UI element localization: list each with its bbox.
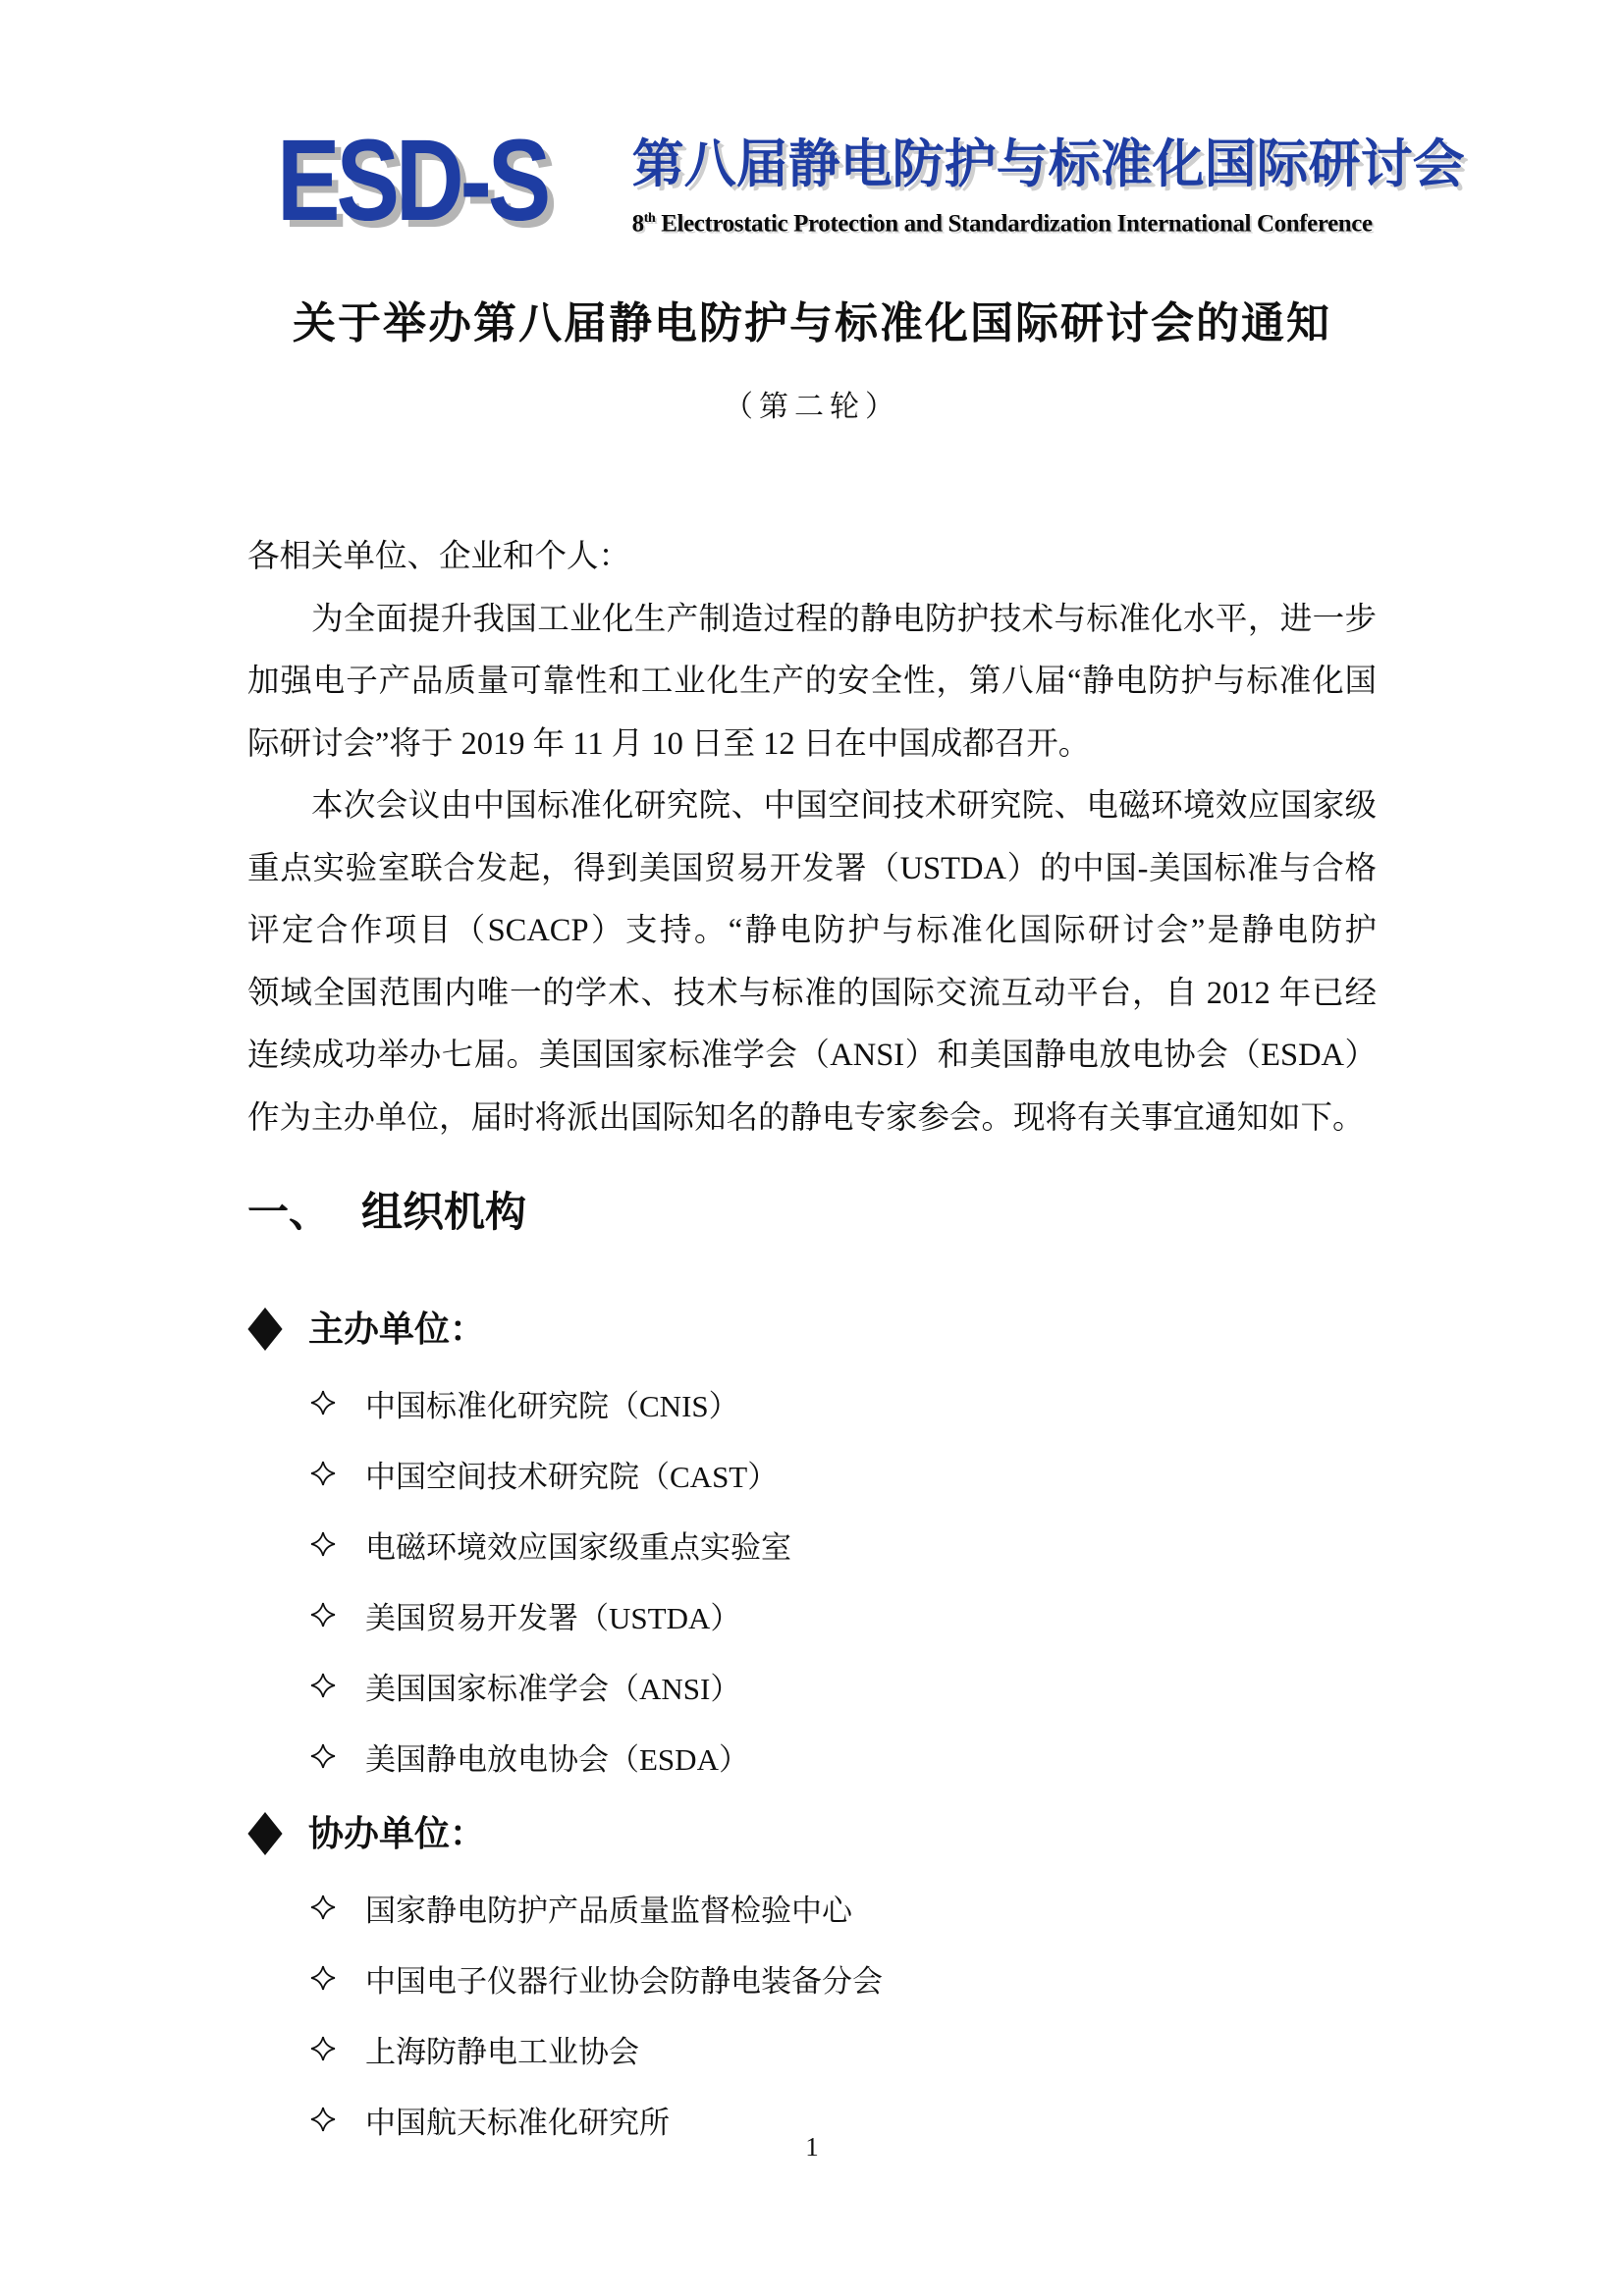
- four-pointed-star-icon: [310, 1531, 336, 1557]
- section-heading-organization: 一、 组织机构: [247, 1189, 1377, 1236]
- co-organizers-list: 国家静电防护产品质量监督检验中心 中国电子仪器行业协会防静电装备分会 上海防静电…: [247, 1872, 1377, 2155]
- body-line: 重点实验室联合发起，得到美国贸易开发署（USTDA）的中国-美国标准与合格: [247, 838, 1377, 901]
- co-organizers-heading-label: 协办单位：: [308, 1811, 485, 1856]
- notice-title: 关于举办第八届静电防护与标准化国际研讨会的通知: [247, 295, 1377, 351]
- notice-body: 各相关单位、企业和个人： 为全面提升我国工业化生产制造过程的静电防护技术与标准化…: [247, 526, 1377, 1149]
- host-item-label: 中国空间技术研究院（CAST）: [365, 1452, 778, 1496]
- co-organizer-item-label: 国家静电防护产品质量监督检验中心: [365, 1886, 852, 1930]
- conference-number: 8: [632, 210, 644, 237]
- co-organizer-item-label: 中国电子仪器行业协会防静电装备分会: [365, 1956, 883, 2001]
- body-paragraph-lines: 为全面提升我国工业化生产制造过程的静电防护技术与标准化水平，进一步 加强电子产品…: [247, 589, 1377, 1150]
- black-diamond-icon: [247, 1308, 283, 1351]
- four-pointed-star-icon: [310, 1743, 336, 1769]
- conference-title-zh: 第八届静电防护与标准化国际研讨会: [632, 133, 1465, 196]
- black-diamond-icon: [247, 1812, 283, 1855]
- body-line: 连续成功举办七届。美国国家标准学会（ANSI）和美国静电放电协会（ESDA）: [247, 1025, 1377, 1088]
- host-item: 中国空间技术研究院（CAST）: [247, 1438, 1377, 1509]
- host-item: 美国贸易开发署（USTDA）: [247, 1579, 1377, 1650]
- co-organizer-item-label: 上海防静电工业协会: [365, 2027, 639, 2071]
- four-pointed-star-icon: [310, 2107, 336, 2132]
- hosts-heading: 主办单位：: [247, 1307, 1377, 1352]
- host-item: 中国标准化研究院（CNIS）: [247, 1367, 1377, 1438]
- host-item-label: 美国贸易开发署（USTDA）: [365, 1593, 740, 1637]
- co-organizer-item: 中国电子仪器行业协会防静电装备分会: [247, 1943, 1377, 2013]
- logo-titles: 第八届静电防护与标准化国际研讨会 8th Electrostatic Prote…: [632, 133, 1465, 239]
- co-organizer-item: 国家静电防护产品质量监督检验中心: [247, 1872, 1377, 1943]
- esd-s-logo-text: ESD-S: [277, 133, 547, 228]
- four-pointed-star-icon: [310, 1602, 336, 1628]
- host-item: 美国国家标准学会（ANSI）: [247, 1650, 1377, 1721]
- four-pointed-star-icon: [310, 2036, 336, 2061]
- body-line: 加强电子产品质量可靠性和工业化生产的安全性，第八届“静电防护与标准化国: [247, 651, 1377, 714]
- host-item-label: 美国静电放电协会（ESDA）: [365, 1735, 749, 1779]
- body-line: 领域全国范围内唯一的学术、技术与标准的国际交流互动平台，自 2012 年已经: [247, 963, 1377, 1026]
- body-line: 作为主办单位，届时将派出国际知名的静电专家参会。现将有关事宜通知如下。: [247, 1088, 1377, 1150]
- four-pointed-star-icon: [310, 1673, 336, 1698]
- salutation: 各相关单位、企业和个人：: [247, 526, 1377, 589]
- conference-title-en: 8th Electrostatic Protection and Standar…: [632, 204, 1465, 239]
- host-item-label: 电磁环境效应国家级重点实验室: [365, 1522, 791, 1567]
- page-number: 1: [0, 2132, 1624, 2163]
- co-organizers-heading: 协办单位：: [247, 1811, 1377, 1856]
- host-item-label: 中国标准化研究院（CNIS）: [365, 1381, 739, 1425]
- section-number: 一、: [247, 1189, 330, 1236]
- four-pointed-star-icon: [310, 1965, 336, 1991]
- host-item: 电磁环境效应国家级重点实验室: [247, 1509, 1377, 1579]
- hosts-heading-label: 主办单位：: [308, 1307, 485, 1352]
- conference-number-suffix: th: [644, 211, 656, 226]
- conference-title-en-text: Electrostatic Protection and Standardiza…: [655, 210, 1372, 237]
- host-item: 美国静电放电协会（ESDA）: [247, 1721, 1377, 1791]
- section-title: 组织机构: [361, 1189, 526, 1236]
- document-page: ESD-S 第八届静电防护与标准化国际研讨会 8th Electrostatic…: [0, 0, 1624, 2296]
- notice-round-label: （第二轮）: [247, 387, 1377, 428]
- four-pointed-star-icon: [310, 1461, 336, 1486]
- host-item-label: 美国国家标准学会（ANSI）: [365, 1664, 740, 1708]
- body-line: 际研讨会”将于 2019 年 11 月 10 日至 12 日在中国成都召开。: [247, 714, 1377, 776]
- co-organizer-item: 上海防静电工业协会: [247, 2013, 1377, 2084]
- four-pointed-star-icon: [310, 1895, 336, 1920]
- four-pointed-star-icon: [310, 1390, 336, 1415]
- body-line: 评定合作项目（SCACP）支持。“静电防护与标准化国际研讨会”是静电防护: [247, 900, 1377, 963]
- body-line: 本次会议由中国标准化研究院、中国空间技术研究院、电磁环境效应国家级: [247, 775, 1377, 838]
- hosts-list: 中国标准化研究院（CNIS） 中国空间技术研究院（CAST） 电磁环境效应国家级…: [247, 1367, 1377, 1791]
- body-line: 为全面提升我国工业化生产制造过程的静电防护技术与标准化水平，进一步: [247, 589, 1377, 652]
- conference-logo: ESD-S 第八届静电防护与标准化国际研讨会 8th Electrostatic…: [277, 133, 1377, 239]
